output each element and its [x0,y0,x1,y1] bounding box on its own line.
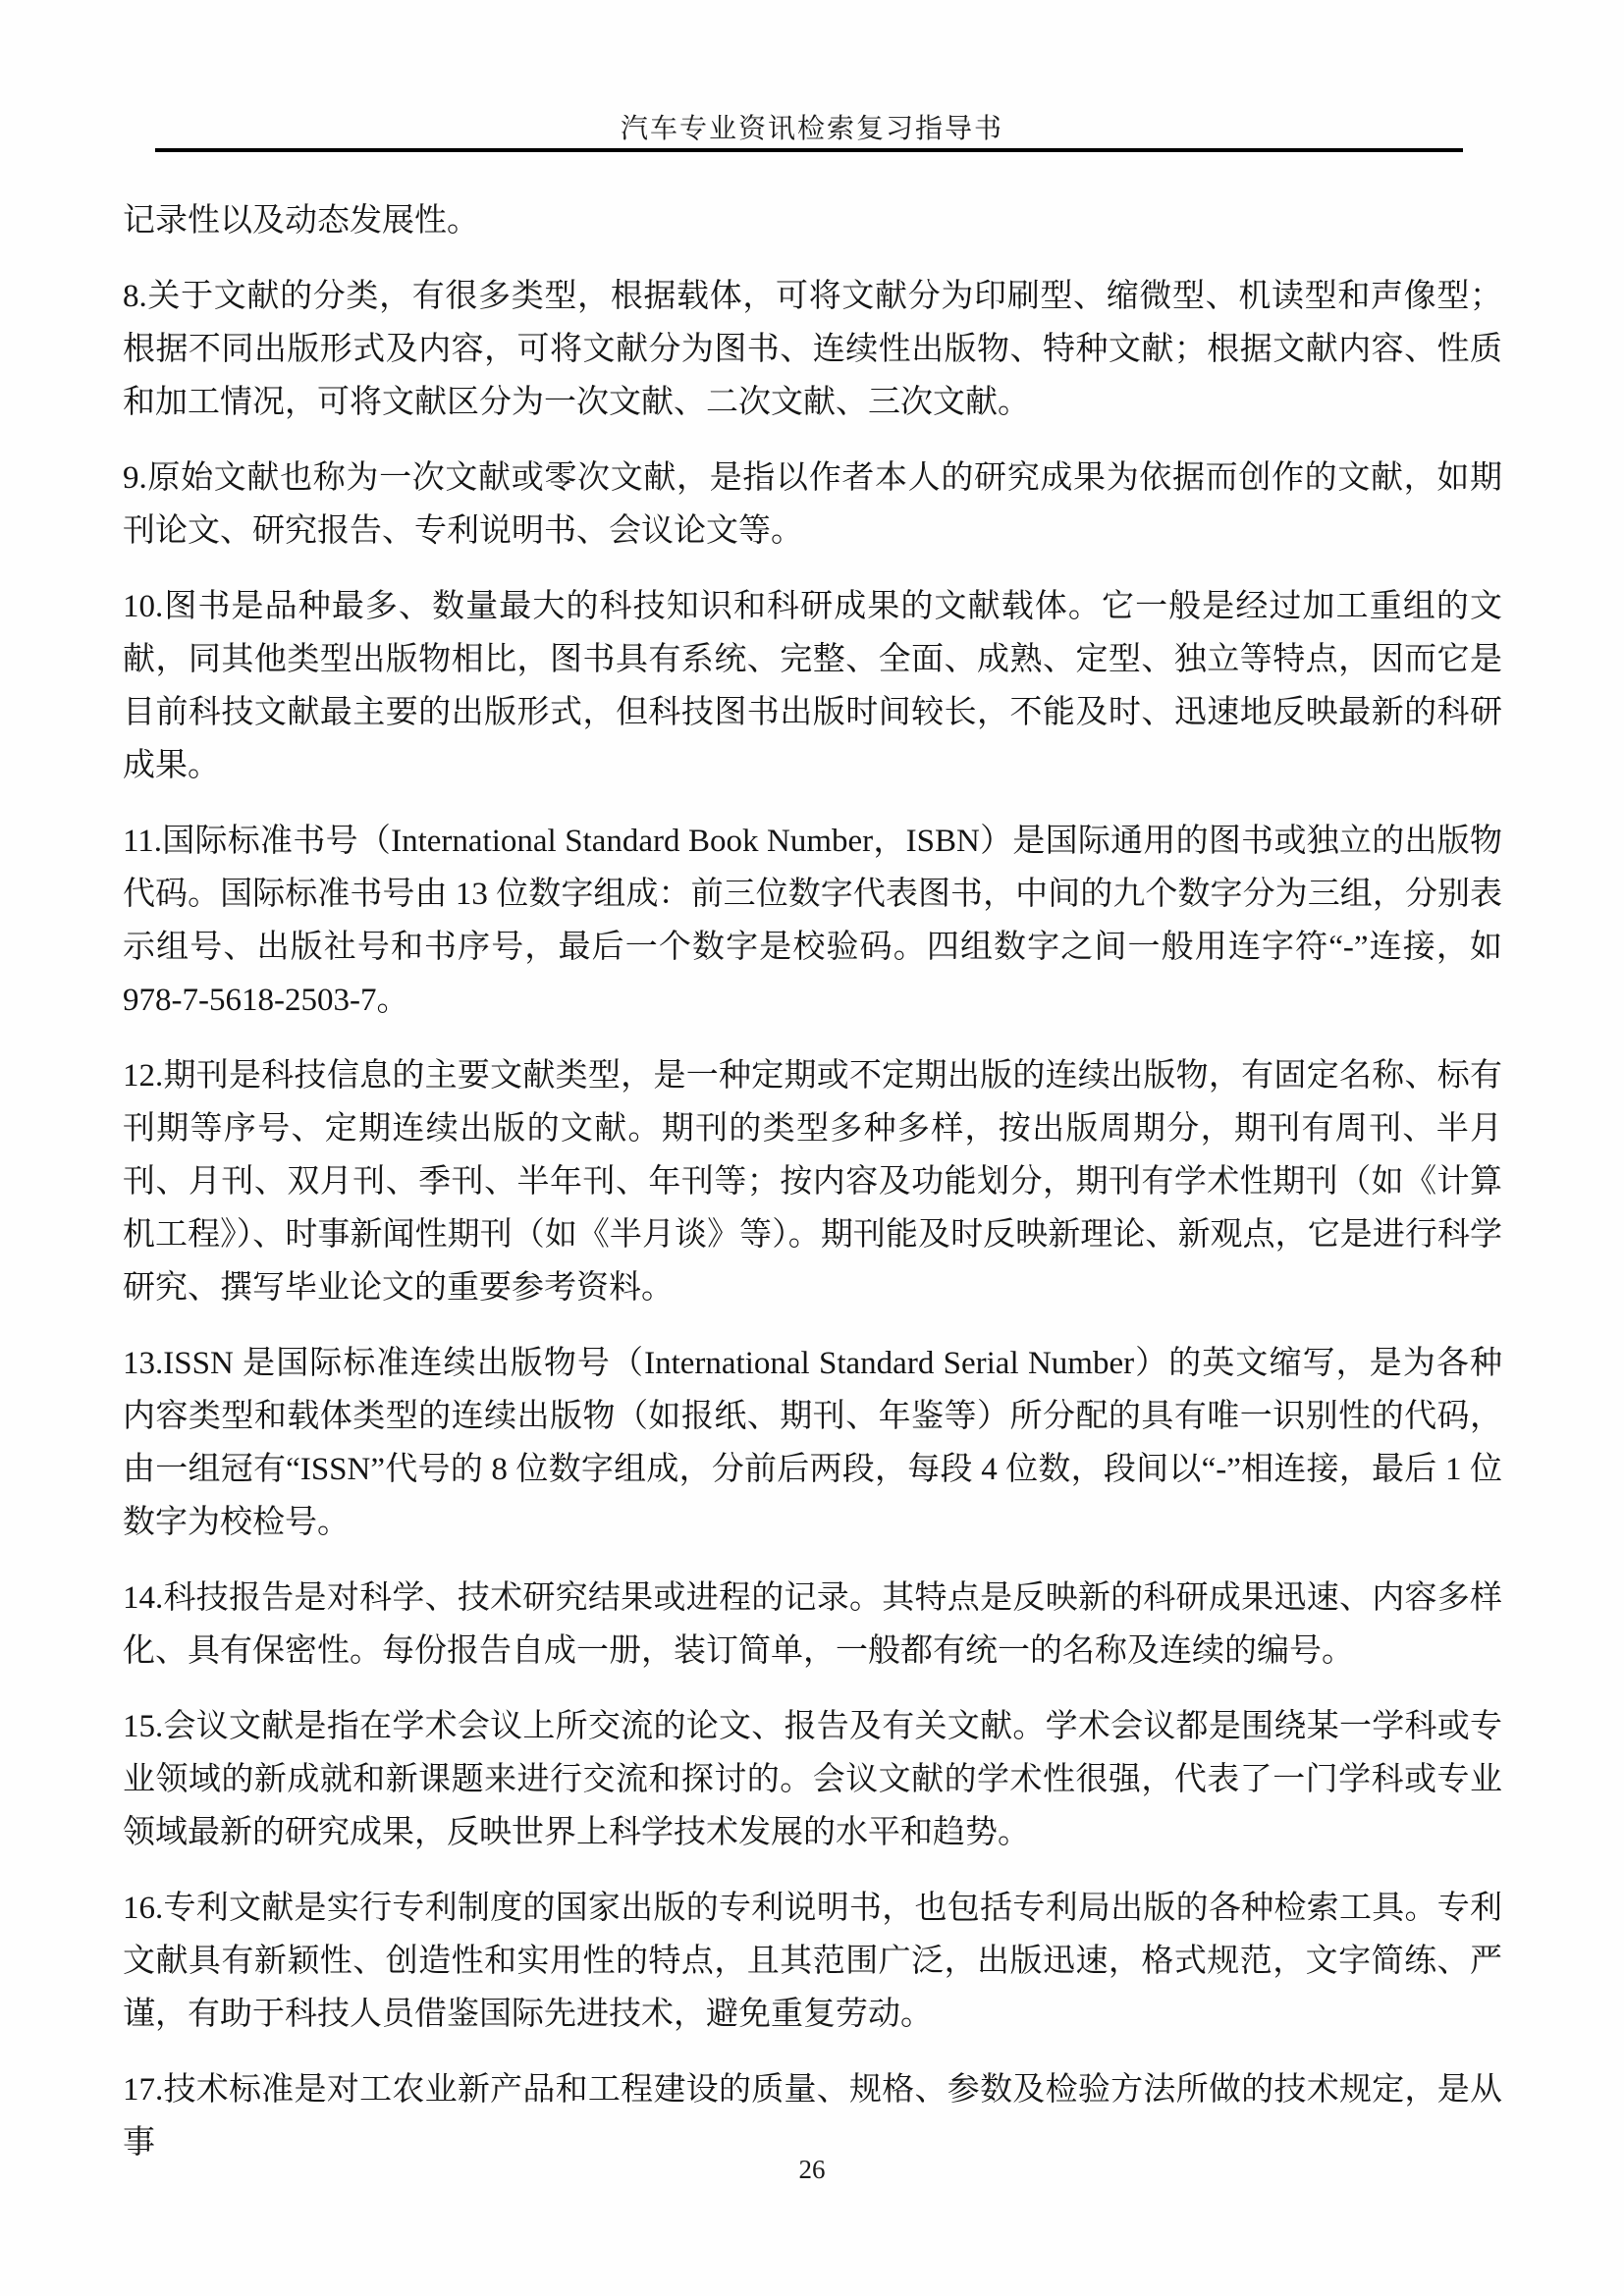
paragraph-item-17: 17.技术标准是对工农业新产品和工程建设的质量、规格、参数及检验方法所做的技术规… [123,2063,1502,2169]
paragraph-item-13: 13.ISSN 是国际标准连续出版物号（International Standa… [123,1337,1502,1549]
document-page: 汽车专业资讯检索复习指导书 记录性以及动态发展性。 8.关于文献的分类，有很多类… [0,0,1624,2296]
page-number: 26 [0,2155,1624,2184]
paragraph-item-16: 16.专利文献是实行专利制度的国家出版的专利说明书，也包括专利局出版的各种检索工… [123,1882,1502,2041]
paragraph-item-9: 9.原始文献也称为一次文献或零次文献，是指以作者本人的研究成果为依据而创作的文献… [123,452,1502,558]
paragraph-continuation: 记录性以及动态发展性。 [123,194,1502,247]
paragraph-item-10: 10.图书是品种最多、数量最大的科技知识和科研成果的文献载体。它一般是经过加工重… [123,580,1502,792]
header-rule-divider [155,148,1463,152]
running-header-title: 汽车专业资讯检索复习指导书 [0,114,1624,145]
paragraph-item-15: 15.会议文献是指在学术会议上所交流的论文、报告及有关文献。学术会议都是围绕某一… [123,1700,1502,1859]
document-body: 记录性以及动态发展性。 8.关于文献的分类，有很多类型，根据载体，可将文献分为印… [123,194,1502,2192]
paragraph-item-8: 8.关于文献的分类，有很多类型，根据载体，可将文献分为印刷型、缩微型、机读型和声… [123,270,1502,429]
paragraph-item-12: 12.期刊是科技信息的主要文献类型，是一种定期或不定期出版的连续出版物，有固定名… [123,1049,1502,1314]
paragraph-item-14: 14.科技报告是对科学、技术研究结果或进程的记录。其特点是反映新的科研成果迅速、… [123,1572,1502,1678]
paragraph-item-11: 11.国际标准书号（International Standard Book Nu… [123,815,1502,1027]
